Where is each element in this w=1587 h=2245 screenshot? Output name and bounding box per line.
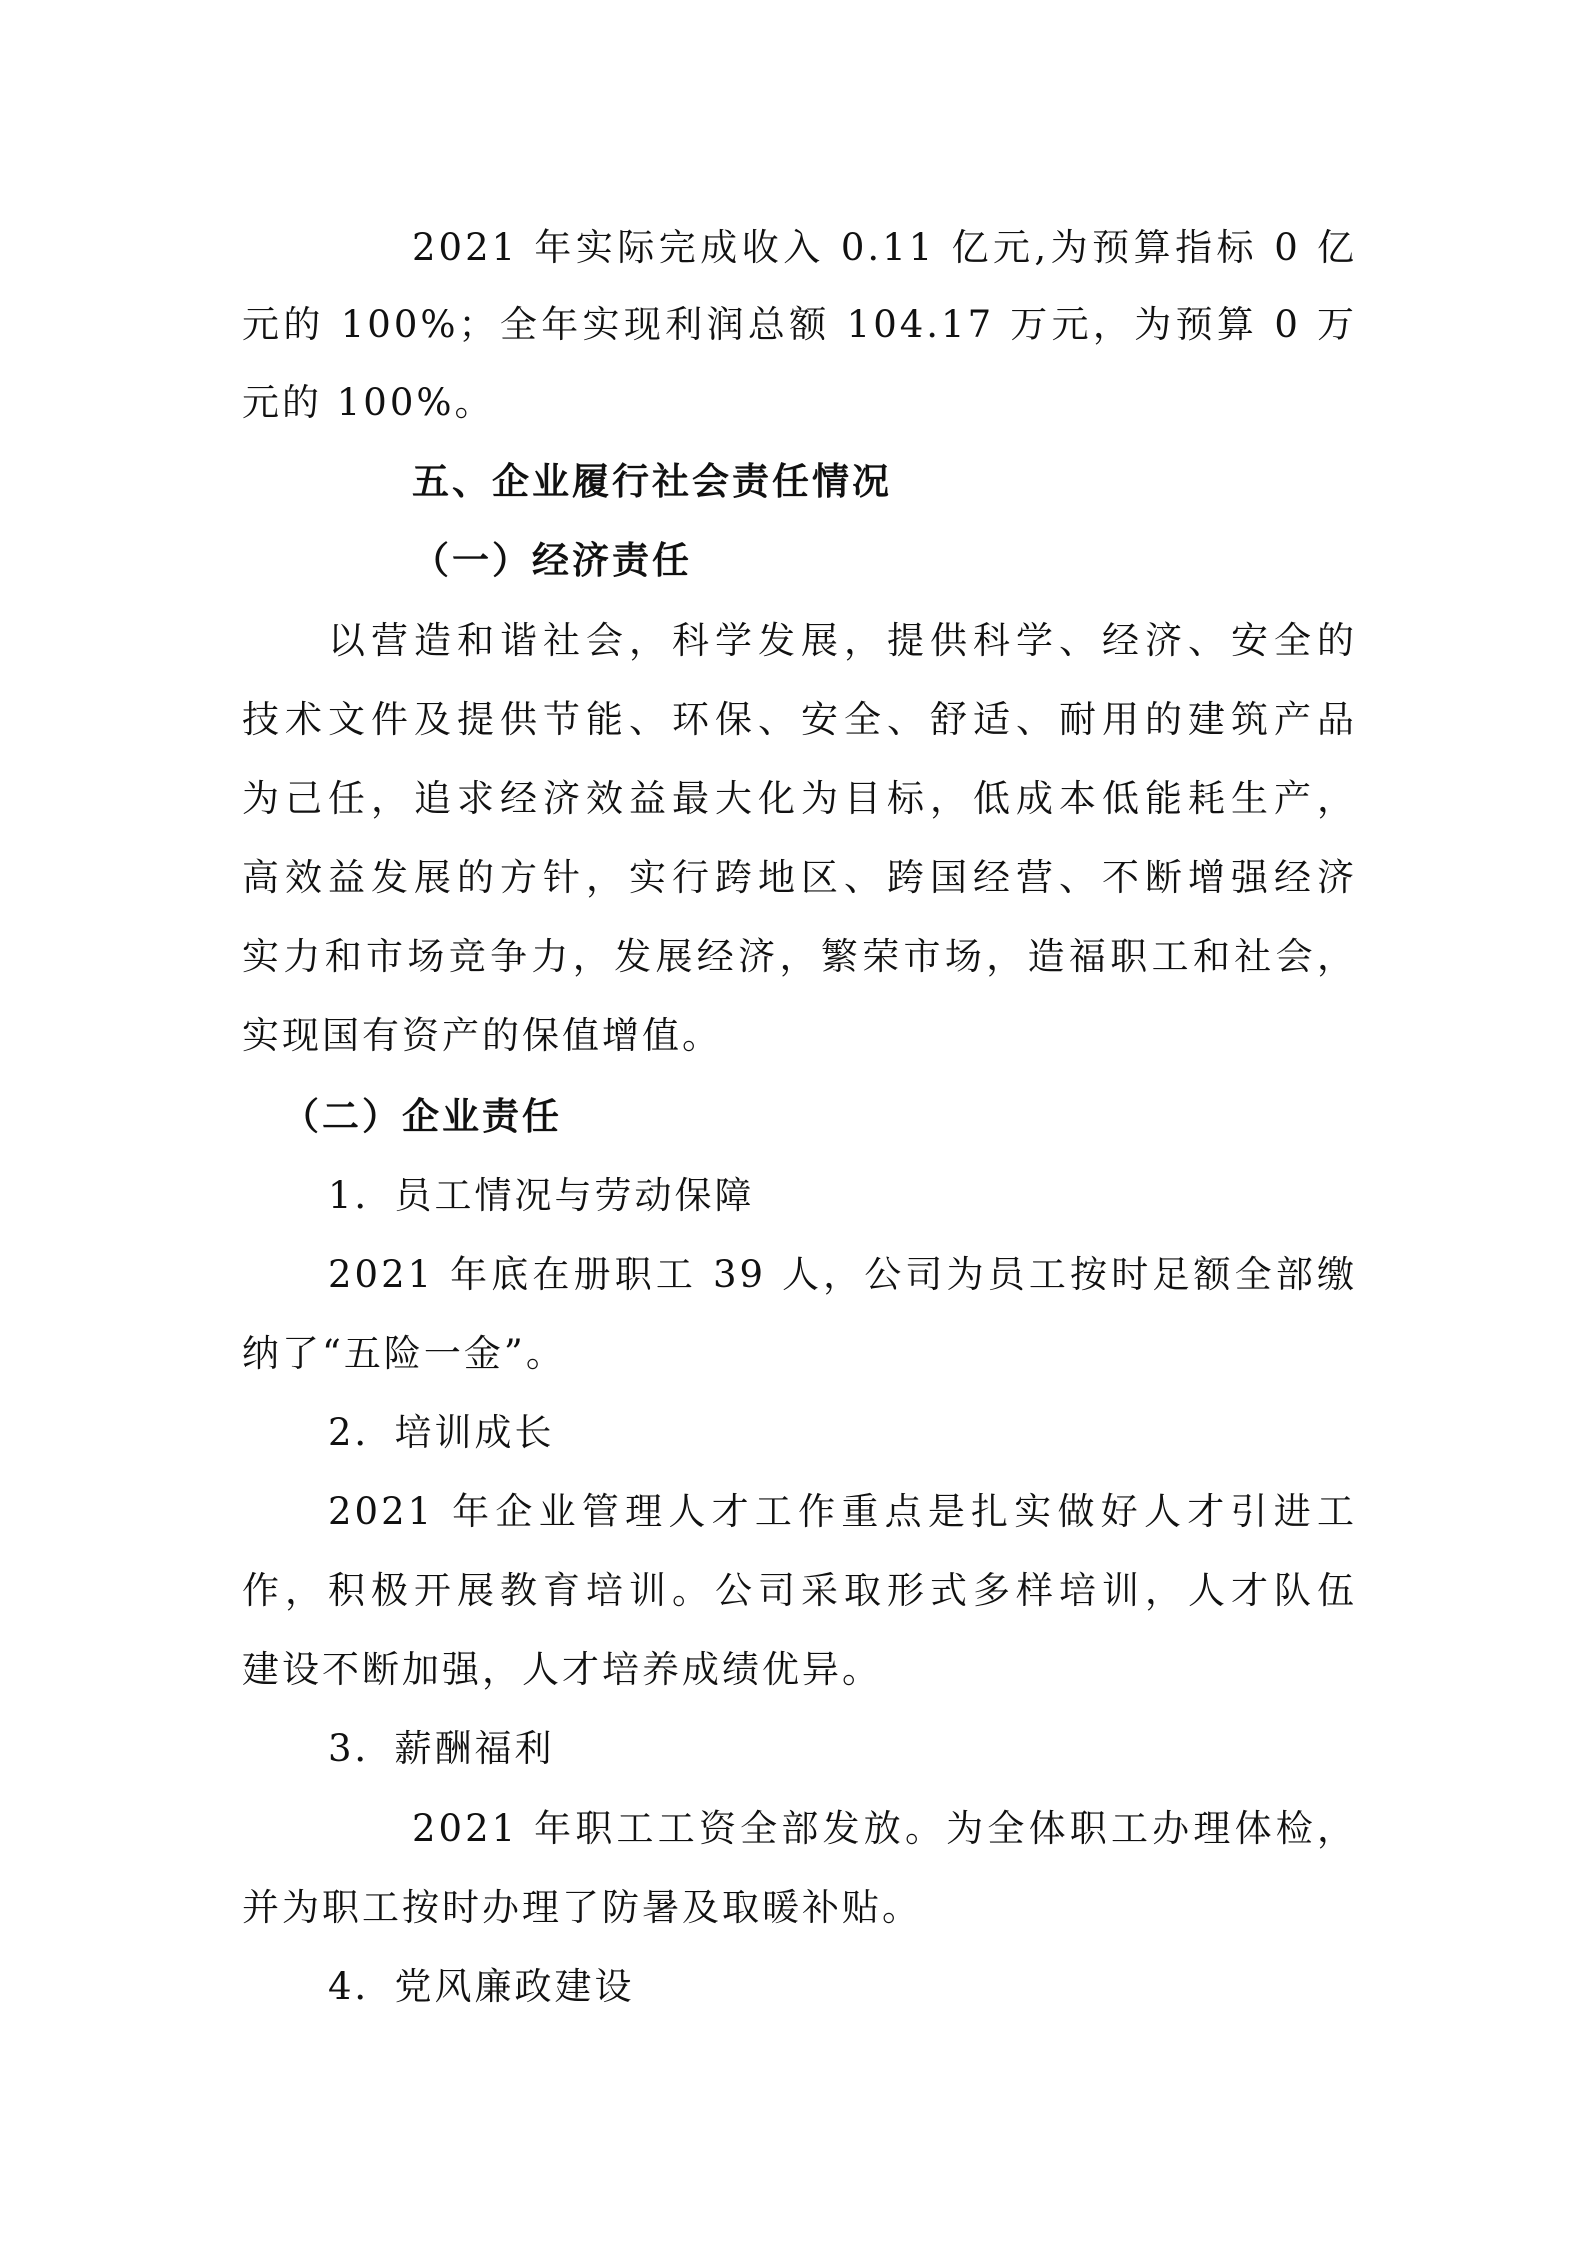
paragraph-revenue-line-2: 元的 100%；全年实现利润总额 104.17 万元，为预算 0 万 — [242, 301, 1357, 349]
paragraph-economic-line-2: 技术文件及提供节能、环保、安全、舒适、耐用的建筑产品 — [242, 696, 1357, 744]
paragraph-training-line-2: 作，积极开展教育培训。公司采取形式多样培训，人才队伍 — [242, 1567, 1357, 1615]
document-page: 2021 年实际完成收入 0.11 亿元,为预算指标 0 亿 元的 100%；全… — [0, 0, 1587, 2245]
paragraph-compensation-line-1: 2021 年职工工资全部发放。为全体职工办理体检， — [412, 1805, 1357, 1853]
paragraph-employees-line-2: 纳了“五险一金”。 — [242, 1330, 1357, 1378]
item-heading-training: 2．培训成长 — [328, 1409, 1443, 1457]
item-heading-compensation: 3．薪酬福利 — [328, 1725, 1443, 1773]
item-heading-employees: 1．员工情况与劳动保障 — [328, 1172, 1443, 1220]
paragraph-economic-line-1: 以营造和谐社会，科学发展，提供科学、经济、安全的 — [328, 617, 1357, 665]
paragraph-economic-line-4: 高效益发展的方针，实行跨地区、跨国经营、不断增强经济 — [242, 854, 1357, 902]
paragraph-training-line-3: 建设不断加强，人才培养成绩优异。 — [242, 1646, 1357, 1694]
paragraph-training-line-1: 2021 年企业管理人才工作重点是扎实做好人才引进工 — [328, 1488, 1357, 1536]
paragraph-revenue-line-3: 元的 100%。 — [242, 379, 1357, 427]
item-heading-party-integrity: 4．党风廉政建设 — [328, 1963, 1443, 2011]
section-heading-social-responsibility: 五、企业履行社会责任情况 — [412, 458, 1527, 506]
paragraph-employees-line-1: 2021 年底在册职工 39 人，公司为员工按时足额全部缴 — [328, 1251, 1357, 1299]
paragraph-economic-line-3: 为己任，追求经济效益最大化为目标，低成本低能耗生产， — [242, 775, 1357, 823]
paragraph-economic-line-6: 实现国有资产的保值增值。 — [242, 1012, 1357, 1060]
paragraph-compensation-line-2: 并为职工按时办理了防暑及取暖补贴。 — [242, 1884, 1357, 1932]
paragraph-economic-line-5: 实力和市场竞争力，发展经济，繁荣市场，造福职工和社会， — [242, 933, 1357, 981]
paragraph-revenue-line-1: 2021 年实际完成收入 0.11 亿元,为预算指标 0 亿 — [412, 224, 1357, 272]
subheading-enterprise-responsibility: （二）企业责任 — [282, 1093, 1397, 1141]
subheading-economic-responsibility: （一）经济责任 — [412, 537, 1527, 585]
